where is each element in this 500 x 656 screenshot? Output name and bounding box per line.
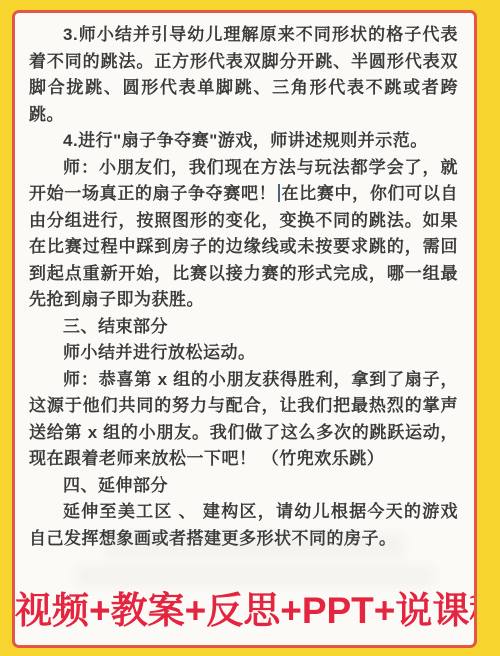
paragraph-step4-game: 4.进行"扇子争夺赛"游戏，师讲述规则并示范。 — [29, 128, 458, 155]
paragraph-teacher-dialogue-game: 师：小朋友们，我们现在方法与玩法都学会了，就开始一场真正的扇子争夺赛吧！在比赛中… — [29, 155, 458, 314]
paragraph-relax-activity: 师小结并进行放松运动。 — [29, 340, 458, 367]
section-heading-ending-part: 三、结束部分 — [29, 314, 458, 341]
watermark-smudge — [105, 533, 405, 559]
lesson-plan-page: 3.师小结并引导幼儿理解原来不同形状的格子代表着不同的跳法。正方形代表双脚分开跳… — [12, 10, 477, 648]
paragraph-step3-summary: 3.师小结并引导幼儿理解原来不同形状的格子代表着不同的跳法。正方形代表双脚分开跳… — [29, 22, 458, 128]
section-heading-extension-part: 四、延伸部分 — [29, 473, 458, 500]
lesson-plan-text: 3.师小结并引导幼儿理解原来不同形状的格子代表着不同的跳法。正方形代表双脚分开跳… — [15, 13, 474, 552]
paragraph-teacher-dialogue-congrats: 师：恭喜第 x 组的小朋友获得胜利，拿到了扇子，这源于他们共同的努力与配合，让我… — [29, 367, 458, 473]
promo-banner-text: 视频+教案+反思+PPT+说课稿 — [15, 580, 474, 634]
